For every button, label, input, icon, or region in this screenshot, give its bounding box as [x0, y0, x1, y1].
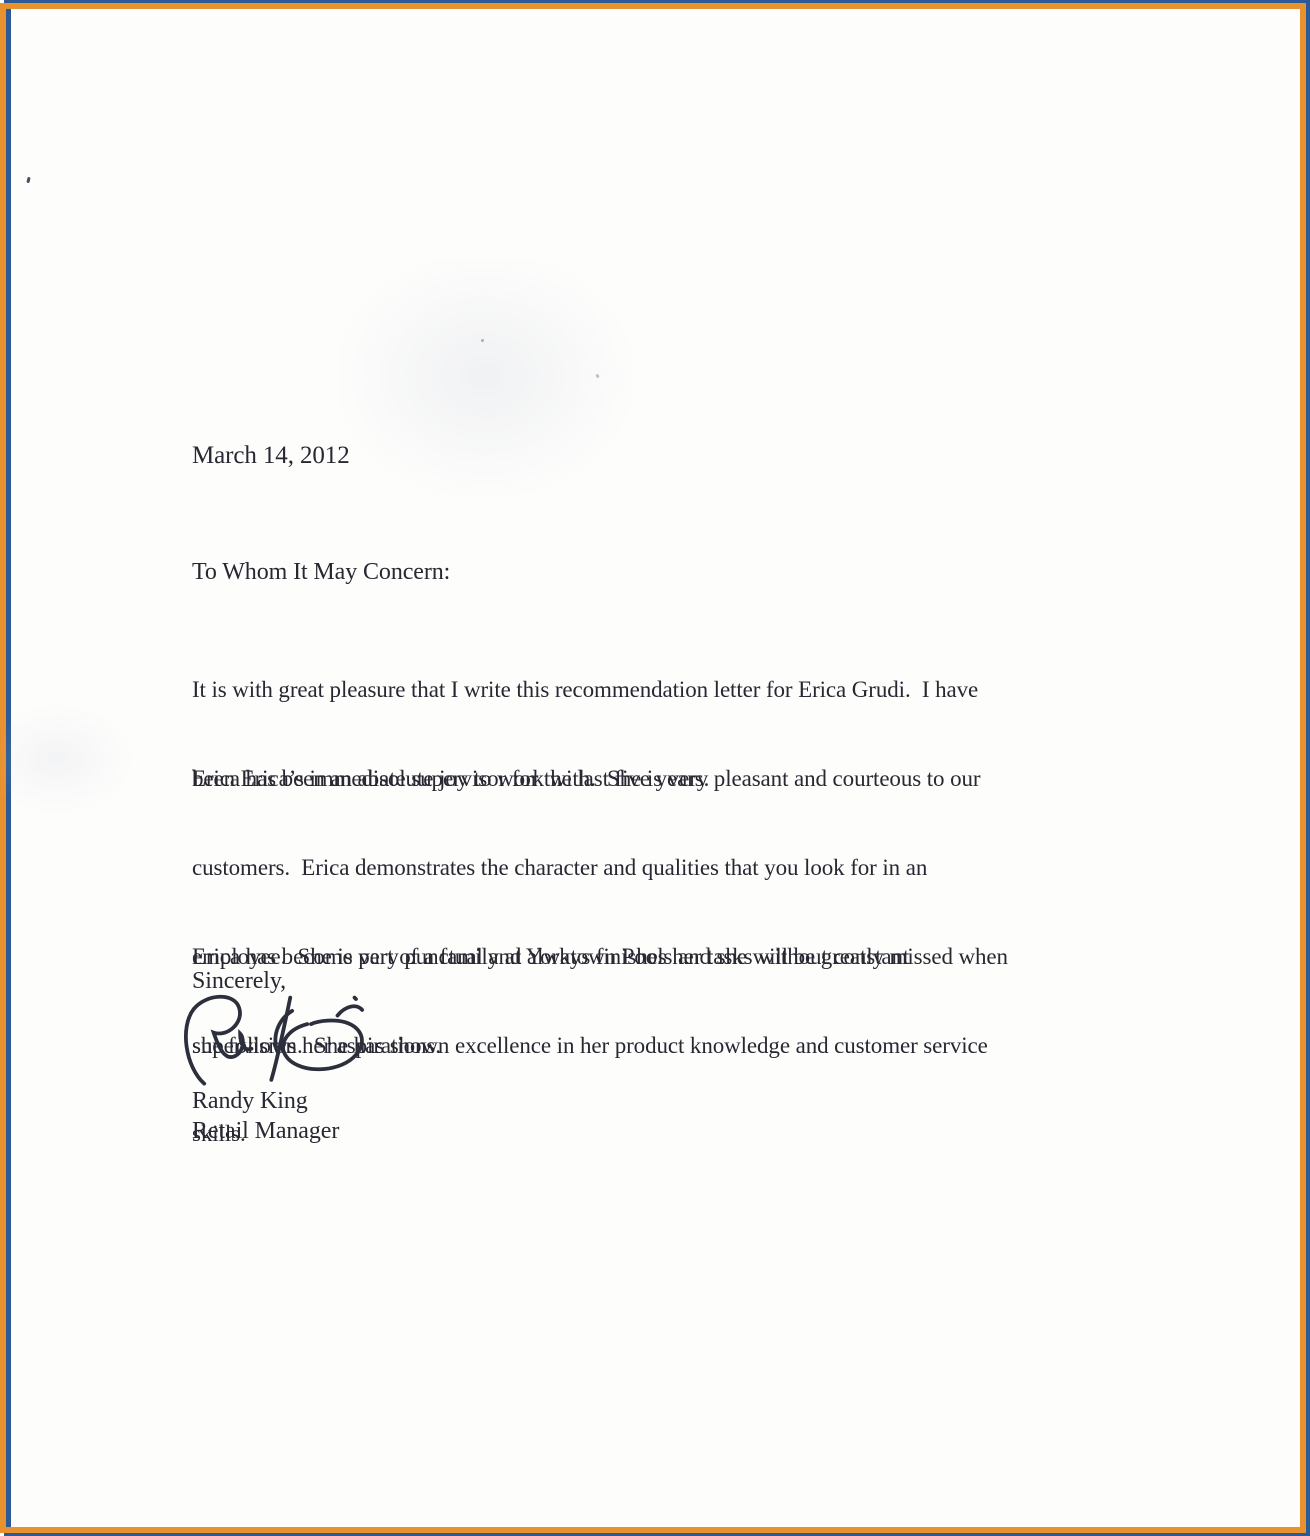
handwritten-signature-icon	[177, 991, 377, 1095]
letter-salutation: To Whom It May Concern:	[192, 558, 450, 588]
signatory-title: Retail Manager	[192, 1116, 339, 1146]
scan-smudge	[1, 699, 141, 819]
text-line: customers. Erica demonstrates the charac…	[192, 853, 988, 883]
text-line: Erica has become part of a family at Yor…	[192, 942, 1008, 972]
text-line: Erica has been an absolute joy to work w…	[192, 764, 988, 794]
scan-smudge	[341, 259, 661, 519]
scan-speck	[26, 177, 30, 184]
text-line: It is with great pleasure that I write t…	[192, 675, 978, 705]
scanned-letter-page: March 14, 2012 To Whom It May Concern: I…	[0, 0, 1310, 1536]
letter-paper: March 14, 2012 To Whom It May Concern: I…	[11, 9, 1300, 1527]
scan-speck	[595, 374, 600, 379]
letter-date: March 14, 2012	[192, 441, 350, 471]
signatory-name: Randy King	[192, 1086, 308, 1116]
scan-speck	[481, 339, 484, 342]
